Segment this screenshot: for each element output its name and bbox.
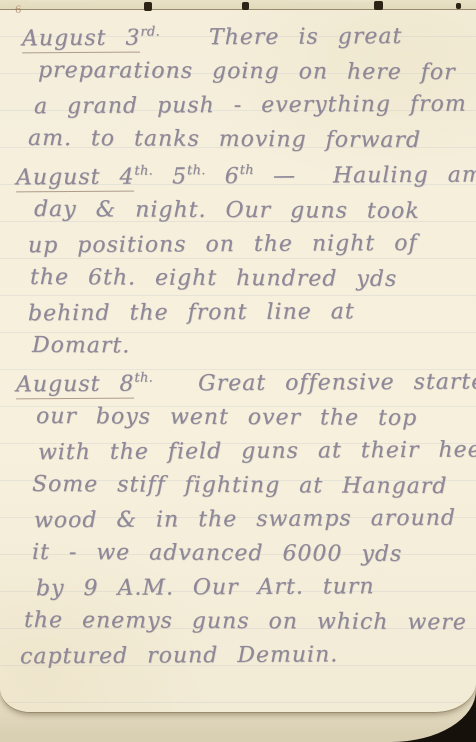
notebook-page: 6 August 3rd. There is great preparation…: [0, 0, 476, 712]
date-day: 5: [153, 164, 187, 189]
date-underline: August 3: [22, 26, 141, 54]
diary-line: our boys went over the top: [0, 400, 476, 436]
diary-entry: August 4th. 5th. 6th — Hauling am. day &…: [0, 160, 476, 364]
diary-entry: August 3rd. There is great preparations …: [0, 21, 476, 157]
date-underline: August 8: [16, 372, 135, 400]
diary-line: the enemys guns on which were: [0, 604, 476, 640]
torn-edge: [0, 0, 476, 10]
entry-heading: August 3rd. There is great: [0, 20, 476, 57]
date-suffix: th.: [134, 371, 153, 386]
entry-opening: Hauling am.: [333, 162, 476, 188]
entry-heading: August 8th. Great offensive started: [0, 366, 476, 403]
stitch-hole: [144, 2, 152, 11]
date-day: 6: [206, 164, 240, 189]
diary-line: Domart.: [0, 329, 476, 365]
stitch-hole: [456, 3, 461, 9]
diary-line: preparations going on here for: [0, 54, 476, 90]
diary-line: with the field guns at their heels: [0, 434, 476, 471]
diary-line: wood & in the swamps around: [0, 502, 476, 539]
stitch-hole: [374, 1, 383, 10]
entry-date: August 8th.: [16, 372, 153, 398]
date-suffix: rd.: [140, 24, 160, 39]
stitch-hole: [242, 2, 249, 10]
date-underline: August 4: [16, 165, 135, 193]
date-suffix: th.: [187, 163, 206, 178]
date-suffix: th: [240, 163, 254, 178]
diary-line: a grand push - everything from: [0, 88, 476, 125]
diary-text: August 3rd. There is great preparations …: [0, 21, 476, 673]
entry-heading: August 4th. 5th. 6th — Hauling am.: [0, 159, 476, 196]
corner-mark: 6: [15, 5, 21, 16]
date-dash: —: [254, 164, 296, 189]
diary-line: up positions on the night of: [0, 227, 476, 264]
diary-photo: 6 August 3rd. There is great preparation…: [0, 0, 476, 742]
diary-line: day & night. Our guns took: [0, 193, 476, 229]
diary-line: am. to tanks moving forward: [0, 122, 476, 158]
diary-line: it - we advanced 6000 yds: [0, 536, 476, 572]
entry-date: August 4th. 5th. 6th —: [16, 164, 296, 191]
entry-date: August 3rd.: [22, 25, 160, 51]
diary-line: behind the front line at: [0, 295, 476, 332]
torn-paper-fragment: [30, 0, 90, 1]
entry-opening: Great offensive started: [198, 369, 476, 396]
diary-line: captured round Demuin.: [0, 638, 476, 675]
date-suffix: th.: [134, 164, 153, 179]
diary-line: Some stiff fighting at Hangard: [0, 468, 476, 504]
diary-line: by 9 A.M. Our Art. turn: [0, 570, 476, 607]
torn-paper-fragment: [290, 0, 370, 1]
diary-line: the 6th. eight hundred yds: [0, 261, 476, 297]
diary-entry: August 8th. Great offensive started our …: [0, 367, 476, 673]
entry-opening: There is great: [209, 24, 402, 50]
